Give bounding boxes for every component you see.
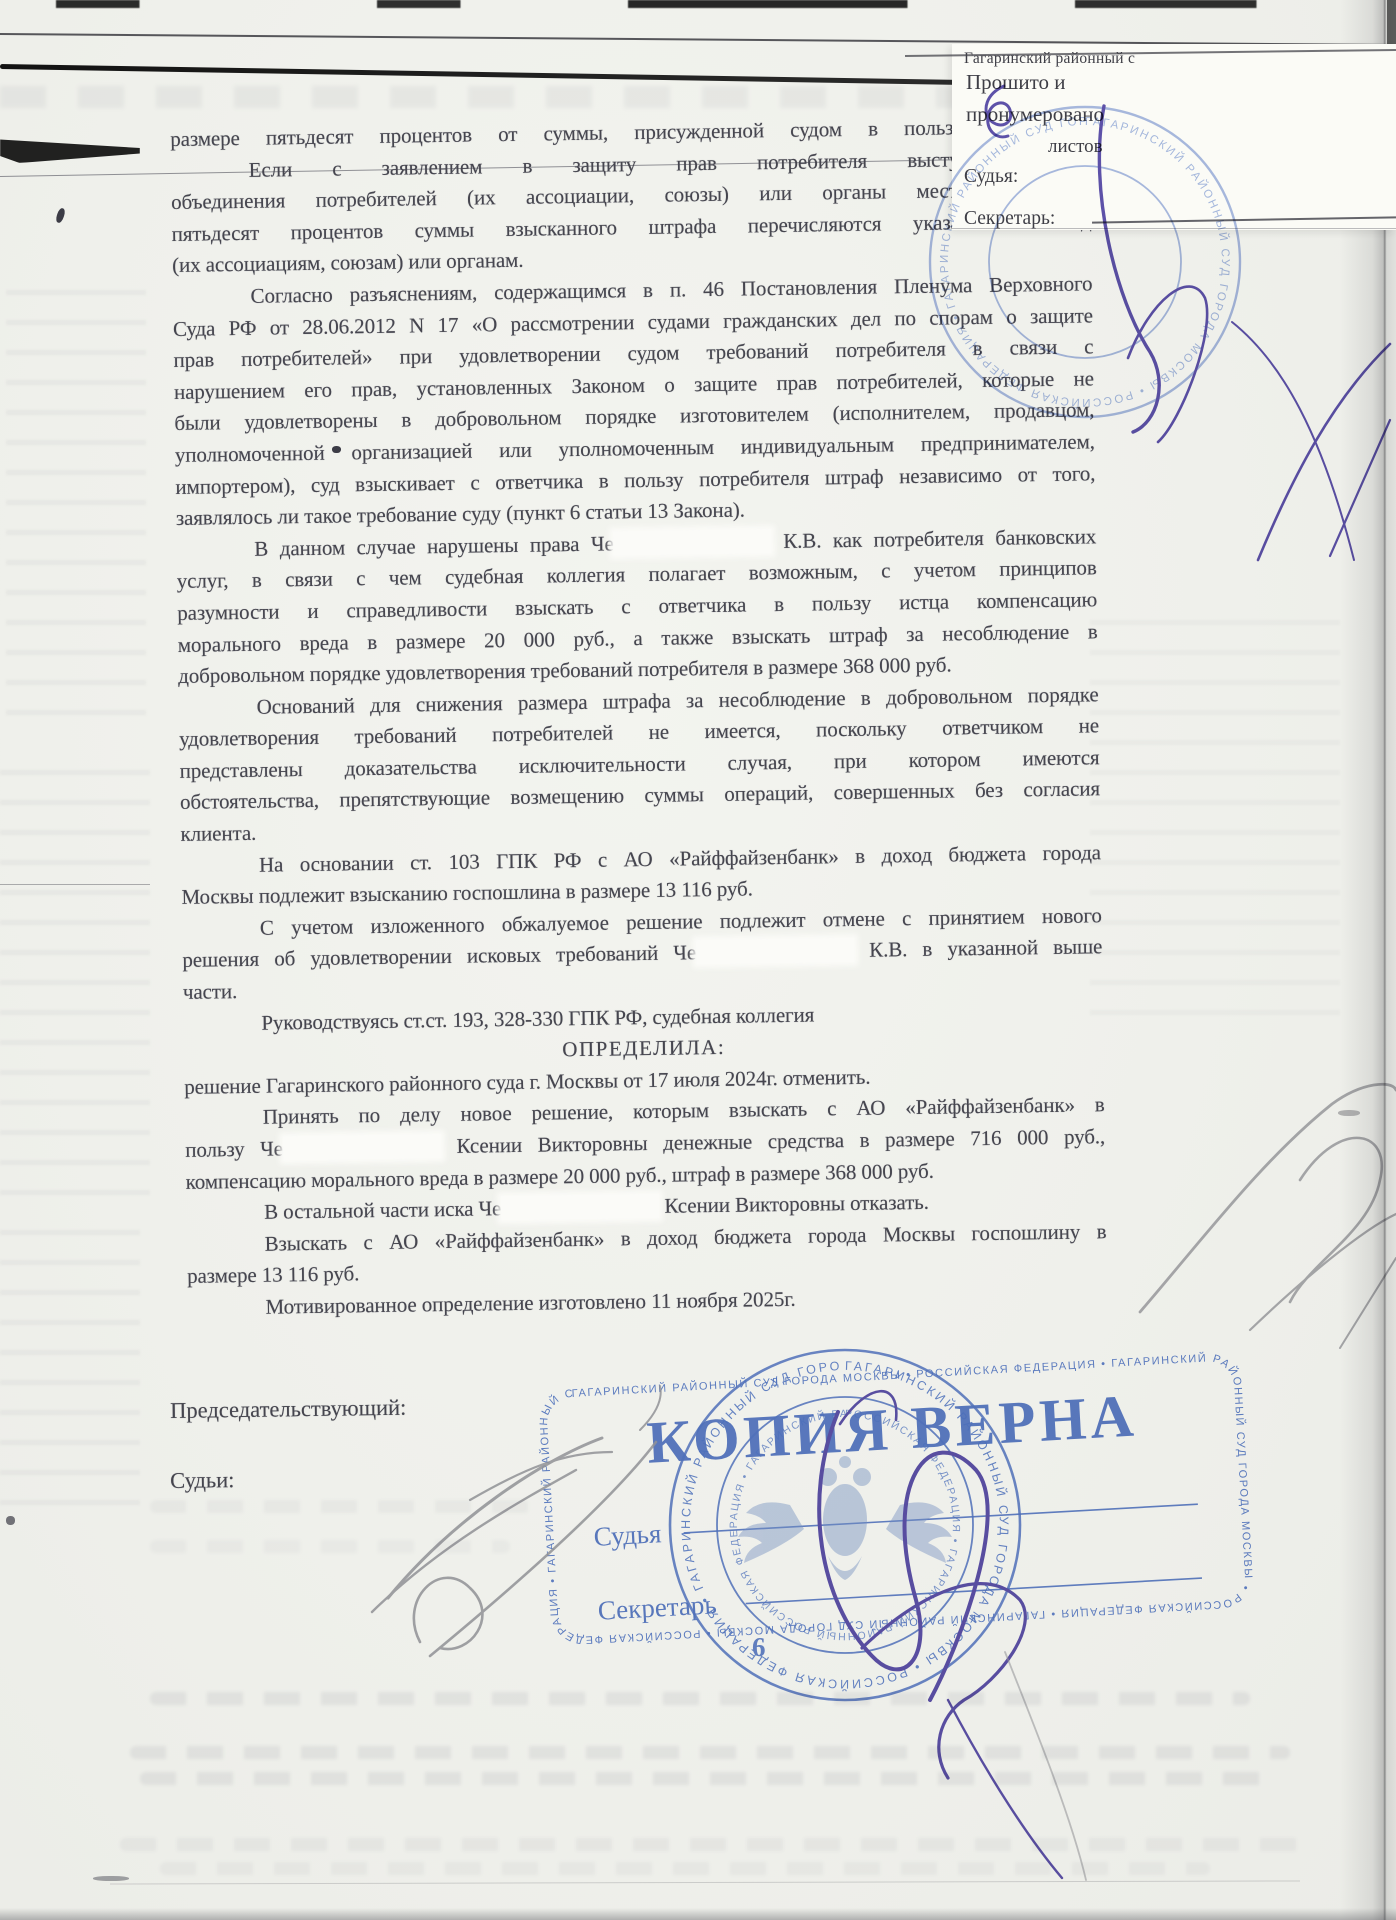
paper-crease-line (110, 1880, 1300, 1884)
ink-speck (55, 207, 66, 223)
bleedthrough-band (1090, 620, 1340, 1040)
scan-smudge-band (0, 86, 1100, 108)
bleedthrough-band (6, 290, 146, 720)
bleedthrough-row (120, 1838, 1300, 1851)
pencil-signature-left (372, 1386, 661, 1656)
label-stitched-line2: пронумеровано (966, 102, 1104, 127)
bleedthrough-row (150, 1540, 510, 1553)
redaction-box (283, 1134, 441, 1160)
bleedthrough-row (140, 1772, 1280, 1785)
scan-black-wedge (0, 138, 140, 163)
eagle-emblem (738, 1456, 952, 1580)
presiding-judge-label: Председательствующий: (170, 1395, 406, 1424)
document-body: размере пятьдесят процентов от суммы, пр… (170, 110, 1108, 1324)
copy-verna-title: КОПИЯ ВЕРНА (645, 1382, 1139, 1475)
label-secretary-field: Секретарь: (964, 208, 1055, 230)
ink-speck (93, 1876, 129, 1881)
seal-number: 6 (752, 1632, 766, 1662)
stamp-secretary-label: Секретарь (597, 1589, 717, 1626)
label-judge-field: Судья: (964, 166, 1018, 188)
label-stitched-line1: Прошито и (966, 70, 1065, 95)
page-bottom-shadow (0, 1908, 1396, 1920)
judges-label: Судьи: (170, 1467, 235, 1494)
bleedthrough-row (150, 1500, 530, 1513)
bleedthrough-row (150, 1692, 1250, 1705)
bleedthrough-row (160, 1862, 1210, 1875)
stamp-judge-label: Судья (593, 1518, 662, 1552)
label-sheets-word: листов (1048, 136, 1103, 158)
page-right-edge-shadow (1340, 0, 1396, 1920)
scanner-top-streaks (0, 0, 1396, 8)
ink-speck (1338, 1110, 1360, 1116)
redaction-box (614, 529, 772, 555)
redaction-box (696, 938, 854, 964)
bleedthrough-band (0, 1230, 140, 1530)
stitching-label: Гагаринский районный с Прошито и пронуме… (952, 44, 1396, 230)
seal-pen-signature (819, 1391, 1062, 1878)
bleedthrough-row (130, 1746, 1290, 1759)
bleedthrough-band (0, 770, 150, 1200)
label-bottom-edge (952, 228, 1396, 229)
redaction-box (501, 1194, 659, 1220)
scanned-court-document-page: размере пятьдесят процентов от суммы, пр… (0, 0, 1396, 1920)
